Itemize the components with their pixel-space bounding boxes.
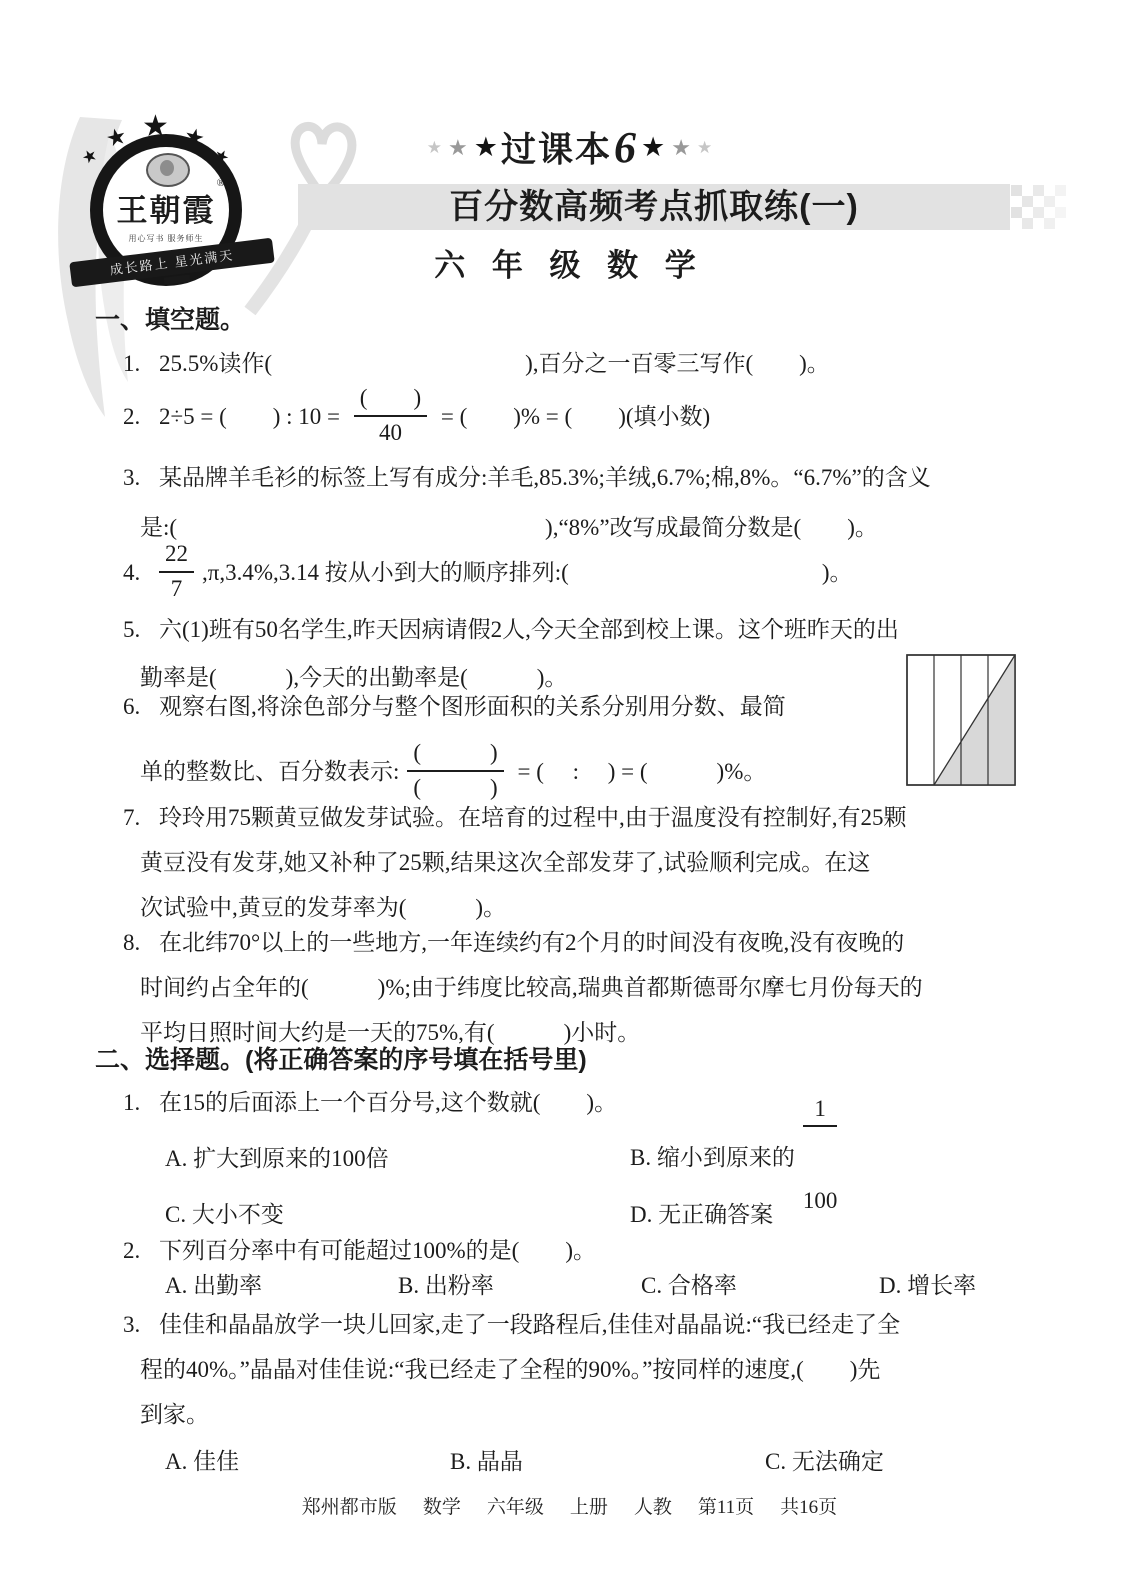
question-number: 4. [123, 550, 159, 595]
question-text: 程的40%。”晶晶对佳佳说:“我已经走了全程的90%。”按同样的速度,( )先 [123, 1347, 1055, 1392]
options-row: A. 出勤率 B. 出粉率 C. 合格率 D. 增长率 [123, 1267, 1055, 1307]
question-text: 观察右图,将涂色部分与整个图形面积的关系分别用分数、最简 [159, 694, 786, 719]
options-row: A. 佳佳 B. 晶晶 C. 无法确定 [123, 1443, 1055, 1483]
question-number: 6. [123, 684, 159, 729]
fraction: ( ) 40 [354, 384, 427, 448]
portrait-photo [146, 153, 190, 187]
page-footer: 郑州都市版数学六年级上册人教第11页共16页 [0, 1492, 1139, 1519]
page-title-banner: 百分数高频考点抓取练(一) [298, 184, 1010, 230]
question-text: ,π,3.4%,3.14 按从小到大的顺序排列:( )。 [202, 550, 852, 595]
option-a: A. 出勤率 [165, 1267, 262, 1300]
divided-square-figure [906, 654, 1016, 786]
question-number: 2. [123, 394, 159, 439]
question-number: 7. [123, 795, 159, 840]
footer-edition: 郑州都市版 [302, 1497, 397, 1518]
question-text: = ( : ) = ( )%。 [512, 749, 767, 794]
question-text: 佳佳和晶晶放学一块儿回家,走了一段路程后,佳佳对晶晶说:“我已经走了全 [159, 1312, 900, 1337]
question-text: 黄豆没有发芽,她又补种了25颗,结果这次全部发芽了,试验顺利完成。在这 [123, 840, 1055, 885]
option-d: D. 增长率 [879, 1267, 976, 1300]
logo-brand-name: 王朝霞 [103, 185, 229, 230]
option-c: C. 无法确定 [765, 1443, 884, 1476]
option-text: B. 缩小到原来的 [630, 1139, 795, 1172]
footer-page-number: 第11页 [698, 1497, 754, 1518]
footer-volume: 上册 [570, 1497, 608, 1518]
question-s1-6: 6.观察右图,将涂色部分与整个图形面积的关系分别用分数、最简 单的整数比、百分数… [123, 684, 903, 813]
question-text: 六(1)班有50名学生,昨天因病请假2人,今天全部到校上课。这个班昨天的出 [159, 617, 899, 642]
checkerboard-decoration [1011, 185, 1067, 229]
fraction-numerator: ( ) [407, 739, 503, 772]
question-text: 单的整数比、百分数表示: [140, 749, 399, 794]
fraction: 22 7 [159, 540, 194, 604]
kicker-title: 过课本 [501, 131, 612, 170]
question-s2-3: 3.佳佳和晶晶放学一块儿回家,走了一段路程后,佳佳对晶晶说:“我已经走了全 程的… [123, 1302, 1055, 1437]
fraction-numerator: 22 [159, 540, 194, 573]
star-icon: ★ [474, 134, 498, 161]
question-number: 3. [123, 453, 159, 503]
fraction-numerator: 1 [803, 1095, 838, 1128]
option-c: C. 合格率 [641, 1267, 737, 1300]
logo-tagline: 用心写书 服务师生 [103, 233, 229, 244]
star-icon: ★ [427, 139, 442, 156]
question-s1-2: 2. 2÷5 = ( ) : 10 = ( ) 40 = ( )% = ( )(… [123, 380, 1055, 452]
footer-subject: 数学 [423, 1497, 461, 1518]
option-b: B. 缩小到原来的 1 100 [630, 1118, 845, 1192]
question-number: 8. [123, 920, 159, 965]
option-b: B. 晶晶 [450, 1443, 523, 1476]
option-a: A. 扩大到原来的100倍 [165, 1140, 389, 1173]
question-number: 3. [123, 1302, 159, 1347]
question-text: 某品牌羊毛衫的标签上写有成分:羊毛,85.3%;羊绒,6.7%;棉,8%。“6.… [159, 465, 931, 490]
options-row: A. 扩大到原来的100倍 B. 缩小到原来的 1 100 [123, 1118, 1055, 1192]
question-text: 时间约占全年的( )%;由于纬度比较高,瑞典首都斯德哥尔摩七月份每天的 [123, 965, 1055, 1010]
option-d: D. 无正确答案 [630, 1196, 773, 1229]
question-text: 玲玲用75颗黄豆做发芽试验。在培育的过程中,由于温度没有控制好,有25颗 [159, 805, 907, 830]
star-icon: ★ [671, 137, 691, 159]
star-icon: ★ [448, 137, 468, 159]
footer-total-pages: 共16页 [780, 1497, 837, 1518]
fraction-denominator: 40 [354, 417, 427, 448]
registered-mark: ® [217, 177, 225, 189]
question-text: 在15的后面添上一个百分号,这个数就( )。 [159, 1090, 617, 1115]
question-text: 下列百分率中有可能超过100%的是( )。 [159, 1238, 596, 1263]
footer-grade: 六年级 [487, 1497, 544, 1518]
option-b: B. 出粉率 [398, 1267, 494, 1300]
fraction: ( ) ( ) [407, 739, 503, 803]
star-icon: ★ [641, 134, 665, 161]
question-text: 2÷5 = ( ) : 10 = [159, 394, 346, 439]
brand-logo: ★ ★ ★ ★ ★ 王朝霞 ® 用心写书 服务师生 成长路上 星光满天 [76, 108, 276, 283]
option-c: C. 大小不变 [165, 1196, 284, 1229]
question-number: 5. [123, 606, 159, 654]
question-text: 25.5%读作( ),百分之一百零三写作( )。 [159, 351, 830, 376]
question-text: 到家。 [123, 1392, 1055, 1437]
question-s1-8: 8.在北纬70°以上的一些地方,一年连续约有2个月的时间没有夜晚,没有夜晚的 时… [123, 920, 1055, 1055]
question-s1-7: 7.玲玲用75颗黄豆做发芽试验。在培育的过程中,由于温度没有控制好,有25颗 黄… [123, 795, 1055, 930]
fraction-numerator: ( ) [354, 384, 427, 417]
section2-heading: 二、选择题。(将正确答案的序号填在括号里) [95, 1040, 587, 1076]
option-a: A. 佳佳 [165, 1443, 239, 1476]
question-s1-4: 4. 22 7 ,π,3.4%,3.14 按从小到大的顺序排列:( )。 [123, 537, 1055, 607]
question-text: 在北纬70°以上的一些地方,一年连续约有2个月的时间没有夜晚,没有夜晚的 [159, 930, 904, 955]
star-icon: ★ [79, 145, 100, 167]
section1-heading: 一、填空题。 [95, 300, 245, 336]
question-text: = ( )% = ( )(填小数) [435, 394, 710, 439]
star-icon: ★ [697, 139, 712, 156]
kicker-number: 6 [614, 123, 636, 172]
fraction-denominator: 7 [159, 573, 194, 604]
footer-publisher: 人教 [634, 1497, 672, 1518]
